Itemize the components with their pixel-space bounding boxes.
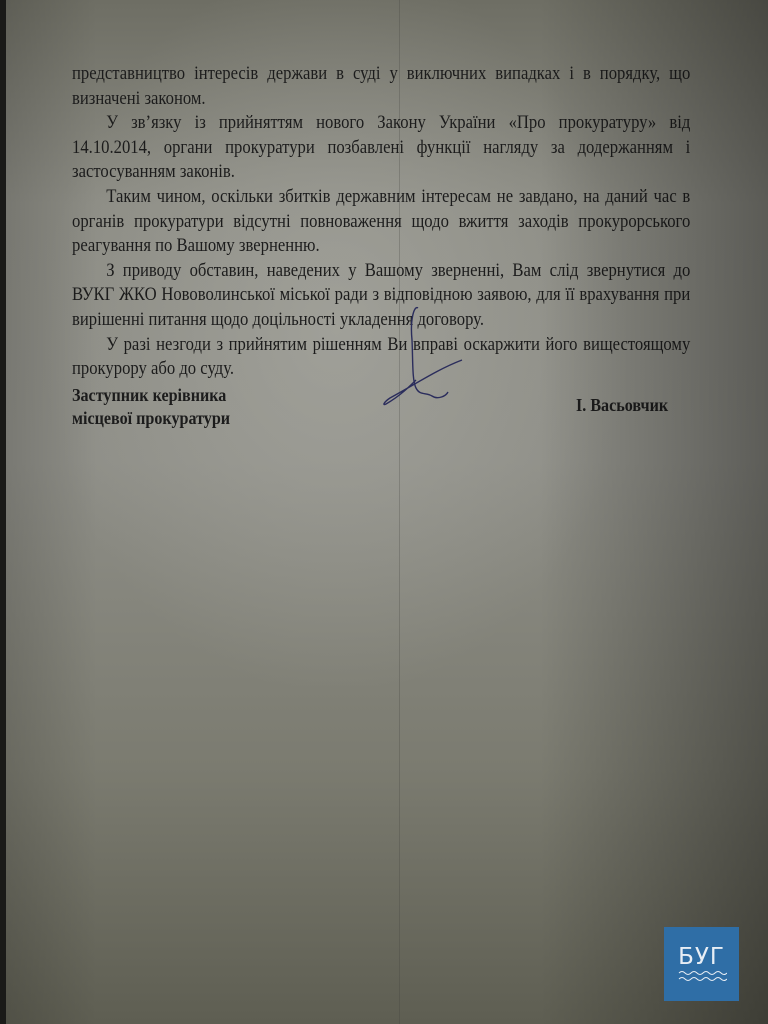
signatory-name: І. Васьовчик xyxy=(576,395,668,416)
signatory-title: Заступник керівника місцевої прокуратури xyxy=(72,384,230,430)
waves-icon xyxy=(677,969,727,983)
signatory-title-line2: місцевої прокуратури xyxy=(72,407,230,430)
bug-watermark-logo: БУГ xyxy=(664,927,739,1001)
paragraph: У зв’язку із прийняттям нового Закону Ук… xyxy=(72,111,690,185)
signatory-title-line1: Заступник керівника xyxy=(72,384,230,407)
paragraph: Таким чином, оскільки збитків державним … xyxy=(72,185,690,259)
paper-sheet: представництво інтересів держави в суді … xyxy=(6,0,768,1024)
paragraph: представництво інтересів держави в суді … xyxy=(72,62,690,111)
handwritten-signature-icon xyxy=(376,300,476,410)
logo-label: БУГ xyxy=(678,945,725,969)
